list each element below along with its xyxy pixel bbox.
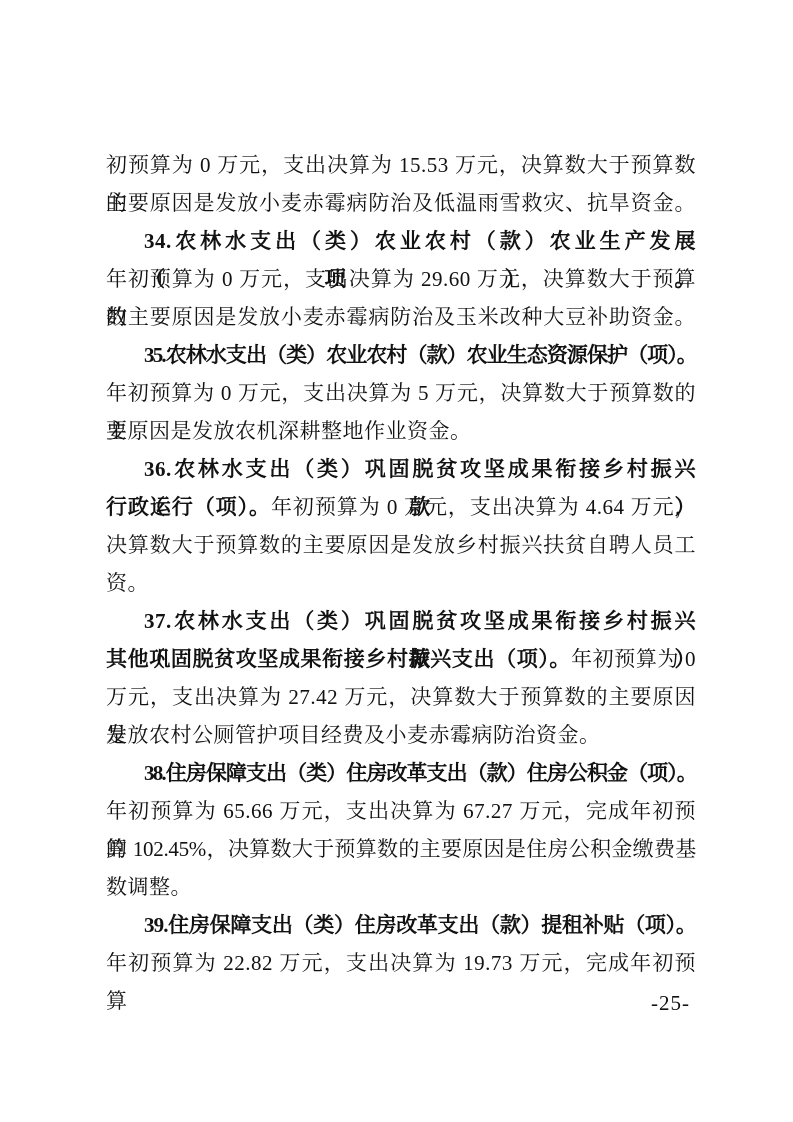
heading-line: 36.农林水支出（类）巩固脱贫攻坚成果衔接乡村振兴（款） <box>106 450 696 488</box>
body-text-segment: 资。 <box>106 571 149 595</box>
body-text-segment: 发放农村公厕管护项目经费及小麦赤霉病防治资金。 <box>106 723 601 747</box>
text-line: 的主要原因是发放小麦赤霉病防治及玉米改种大豆补助资金。 <box>106 298 696 336</box>
heading-text-segment: 行政运行（项）。 <box>106 495 271 519</box>
body-text-segment: 年初预算为 0 万元，支出决算为 4.64 万元， <box>271 495 696 519</box>
body-text-segment: 决算数大于预算数的主要原因是发放乡村振兴扶贫自聘人员工 <box>106 533 696 557</box>
text-line: 年初预算为 22.82 万元，支出决算为 19.73 万元，完成年初预算 <box>106 944 696 982</box>
body-text-segment: 年初预算为 22.82 万元，支出决算为 19.73 万元，完成年初预算 <box>106 951 696 1013</box>
heading-line: 行政运行（项）。年初预算为 0 万元，支出决算为 4.64 万元， <box>106 488 696 526</box>
text-line: 决算数大于预算数的主要原因是发放乡村振兴扶贫自聘人员工 <box>106 526 696 564</box>
text-line: 年初预算为 65.66 万元，支出决算为 67.27 万元，完成年初预算 <box>106 792 696 830</box>
heading-text-segment: 35.农林水支出（类）农业农村（款）农业生态资源保护（项）。 <box>144 343 696 367</box>
text-line: 的 102.45%，决算数大于预算数的主要原因是住房公积金缴费基 <box>106 830 696 868</box>
heading-line: 39.住房保障支出（类）住房改革支出（款）提租补贴（项）。 <box>106 906 696 944</box>
body-text-segment: 主要原因是发放小麦赤霉病防治及低温雨雪救灾、抗旱资金。 <box>106 191 696 215</box>
text-line: 年初预算为 0 万元，支出决算为 29.60 万元，决算数大于预算数 <box>106 260 696 298</box>
document-page: 初预算为 0 万元，支出决算为 15.53 万元，决算数大于预算数的主要原因是发… <box>0 0 793 1122</box>
heading-line: 其他巩固脱贫攻坚成果衔接乡村振兴支出（项）。年初预算为 0 <box>106 640 696 678</box>
text-line: 主要原因是发放小麦赤霉病防治及低温雨雪救灾、抗旱资金。 <box>106 184 696 222</box>
text-line: 资。 <box>106 564 696 602</box>
document-body: 初预算为 0 万元，支出决算为 15.53 万元，决算数大于预算数的主要原因是发… <box>106 146 696 982</box>
heading-line: 35.农林水支出（类）农业农村（款）农业生态资源保护（项）。 <box>106 336 696 374</box>
text-line: 要原因是发放农机深耕整地作业资金。 <box>106 412 696 450</box>
text-line: 万元，支出决算为 27.42 万元，决算数大于预算数的主要原因是 <box>106 678 696 716</box>
body-text-segment: 年初预算为 0 <box>571 647 696 671</box>
heading-text-segment: 39.住房保障支出（类）住房改革支出（款）提租补贴（项）。 <box>144 913 696 937</box>
text-line: 数调整。 <box>106 868 696 906</box>
heading-line: 38.住房保障支出（类）住房改革支出（款）住房公积金（项）。 <box>106 754 696 792</box>
heading-line: 34.农林水支出（类）农业农村（款）农业生产发展（项）。 <box>106 222 696 260</box>
text-line: 发放农村公厕管护项目经费及小麦赤霉病防治资金。 <box>106 716 696 754</box>
page-number: -25- <box>651 988 690 1018</box>
body-text-segment: 的主要原因是发放小麦赤霉病防治及玉米改种大豆补助资金。 <box>106 305 696 329</box>
heading-line: 37.农林水支出（类）巩固脱贫攻坚成果衔接乡村振兴（款） <box>106 602 696 640</box>
heading-text-segment: 其他巩固脱贫攻坚成果衔接乡村振兴支出（项）。 <box>106 647 571 671</box>
body-text-segment: 数调整。 <box>106 875 192 899</box>
body-text-segment: 的 102.45%，决算数大于预算数的主要原因是住房公积金缴费基 <box>106 837 696 861</box>
heading-text-segment: 38.住房保障支出（类）住房改革支出（款）住房公积金（项）。 <box>144 761 696 785</box>
text-line: 年初预算为 0 万元，支出决算为 5 万元，决算数大于预算数的主 <box>106 374 696 412</box>
text-line: 初预算为 0 万元，支出决算为 15.53 万元，决算数大于预算数的 <box>106 146 696 184</box>
body-text-segment: 要原因是发放农机深耕整地作业资金。 <box>106 419 472 443</box>
